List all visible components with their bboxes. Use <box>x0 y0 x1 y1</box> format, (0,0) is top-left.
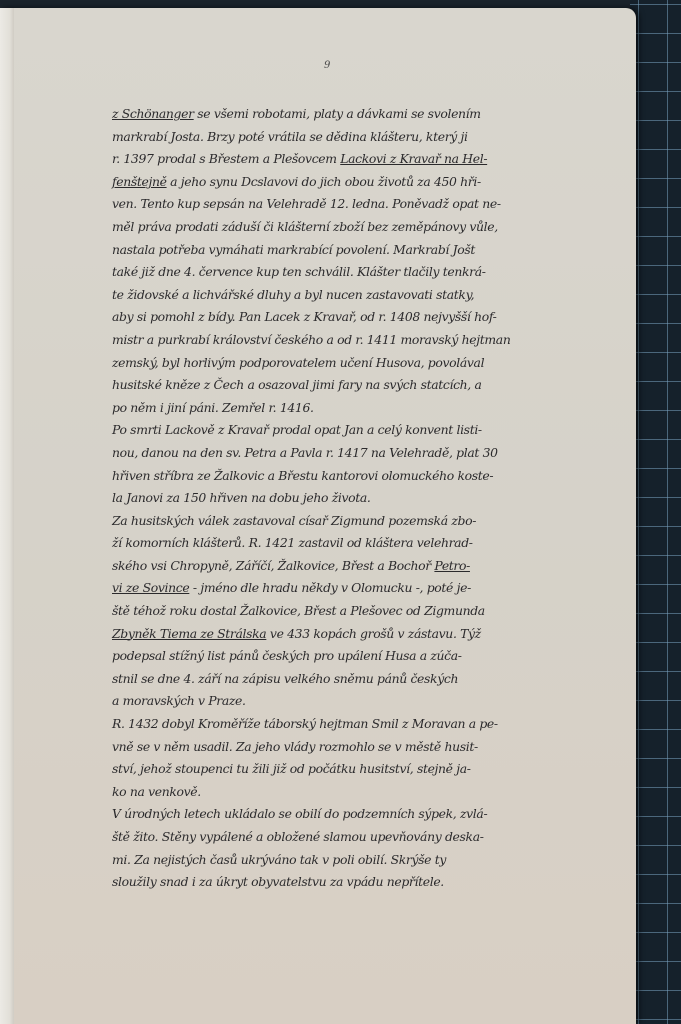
text-line: V úrodných letech ukládalo se obilí do p… <box>112 803 634 826</box>
text-segment: husitské kněze z Čech a osazoval jimi fa… <box>112 377 482 392</box>
text-segment: ží komorních klášterů. R. 1421 zastavil … <box>112 535 473 550</box>
underlined-name: fenštejně <box>112 174 167 189</box>
text-segment: zemský, byl horlivým podporovatelem učen… <box>112 355 484 370</box>
text-line: ště žito. Stěny vypálené a obložené slam… <box>112 826 634 849</box>
text-segment: stnil se dne 4. září na zápisu velkého s… <box>112 671 458 686</box>
text-line: měl práva prodati záduší či klášterní zb… <box>112 216 634 239</box>
text-line: ží komorních klášterů. R. 1421 zastavil … <box>112 532 634 555</box>
text-segment: ství, jehož stoupenci tu žili již od poč… <box>112 761 471 776</box>
text-line: hřiven stříbra ze Žalkovic a Břestu kant… <box>112 465 634 488</box>
underlined-name: vi ze Sovince <box>112 580 189 595</box>
text-line: Za husitských válek zastavoval císař Zig… <box>112 510 634 533</box>
text-line: fenštejně a jeho synu Dcslavovi do jich … <box>112 171 634 194</box>
text-line: Zbyněk Tiema ze Strálska ve 433 kopách g… <box>112 623 634 646</box>
underlined-name: Zbyněk Tiema ze Strálska <box>112 626 266 641</box>
text-segment: měl práva prodati záduší či klášterní zb… <box>112 219 498 234</box>
text-segment: Po smrti Lackově z Kravař prodal opat Ja… <box>112 422 482 437</box>
text-segment: nastala potřeba vymáhati markrabící povo… <box>112 242 475 257</box>
text-line: la Janovi za 150 hřiven na dobu jeho živ… <box>112 487 634 510</box>
text-segment: markrabí Josta. Brzy poté vrátila se děd… <box>112 129 468 144</box>
text-line: mistr a purkrabí království českého a od… <box>112 329 634 352</box>
text-segment: hřiven stříbra ze Žalkovic a Břestu kant… <box>112 468 493 483</box>
text-line: vně se v něm usadil. Za jeho vlády rozmo… <box>112 736 634 759</box>
text-line: nou, danou na den sv. Petra a Pavla r. 1… <box>112 442 634 465</box>
text-segment: ského vsi Chropyně, Záříčí, Žalkovice, B… <box>112 558 434 573</box>
text-line: R. 1432 dobyl Kroměříže táborský hejtman… <box>112 713 634 736</box>
text-segment: a jeho synu Dcslavovi do jich obou život… <box>167 174 481 189</box>
text-segment: také již dne 4. července kup ten schváli… <box>112 264 486 279</box>
text-segment: ko na venkově. <box>112 784 201 799</box>
underlined-name: Petro- <box>434 558 470 573</box>
text-line: ko na venkově. <box>112 781 634 804</box>
page-binding-edge <box>0 8 14 1024</box>
text-segment: ve 433 kopách grošů v zástavu. Týž <box>266 626 481 641</box>
text-segment: vně se v něm usadil. Za jeho vlády rozmo… <box>112 739 478 754</box>
text-segment: ště téhož roku dostal Žalkovice, Břest a… <box>112 603 485 618</box>
cutting-mat-background <box>630 0 681 1024</box>
text-segment: nou, danou na den sv. Petra a Pavla r. 1… <box>112 445 498 460</box>
page-number: 9 <box>324 60 330 71</box>
text-line: také již dne 4. července kup ten schváli… <box>112 261 634 284</box>
underlined-name: Lackovi z Kravař na Hel- <box>340 151 487 166</box>
text-segment: la Janovi za 150 hřiven na dobu jeho živ… <box>112 490 371 505</box>
text-line: zemský, byl horlivým podporovatelem učen… <box>112 352 634 375</box>
text-line: vi ze Sovince - jméno dle hradu někdy v … <box>112 577 634 600</box>
text-segment: a moravských v Praze. <box>112 693 246 708</box>
text-line: Po smrti Lackově z Kravař prodal opat Ja… <box>112 419 634 442</box>
handwritten-text-body: z Schönanger se všemi robotami, platy a … <box>112 103 634 894</box>
text-line: po něm i jiní páni. Zemřel r. 1416. <box>112 397 634 420</box>
text-segment: te židovské a lichvářské dluhy a byl nuc… <box>112 287 474 302</box>
text-segment: mistr a purkrabí království českého a od… <box>112 332 510 347</box>
text-line: podepsal stížný list pánů českých pro up… <box>112 645 634 668</box>
text-line: z Schönanger se všemi robotami, platy a … <box>112 103 634 126</box>
text-line: r. 1397 prodal s Břestem a Plešovcem Lac… <box>112 148 634 171</box>
text-segment: V úrodných letech ukládalo se obilí do p… <box>112 806 487 821</box>
text-line: mi. Za nejistých časů ukrýváno tak v pol… <box>112 849 634 872</box>
text-segment: - jméno dle hradu někdy v Olomucku -, po… <box>189 580 471 595</box>
text-segment: r. 1397 prodal s Břestem a Plešovcem <box>112 151 340 166</box>
text-line: ven. Tento kup sepsán na Velehradě 12. l… <box>112 193 634 216</box>
text-line: te židovské a lichvářské dluhy a byl nuc… <box>112 284 634 307</box>
text-line: markrabí Josta. Brzy poté vrátila se děd… <box>112 126 634 149</box>
text-segment: sloužily snad i za úkryt obyvatelstvu za… <box>112 874 444 889</box>
text-line: aby si pomohl z bídy. Pan Lacek z Kravař… <box>112 306 634 329</box>
text-segment: R. 1432 dobyl Kroměříže táborský hejtman… <box>112 716 498 731</box>
text-segment: aby si pomohl z bídy. Pan Lacek z Kravař… <box>112 309 497 324</box>
text-line: a moravských v Praze. <box>112 690 634 713</box>
text-line: stnil se dne 4. září na zápisu velkého s… <box>112 668 634 691</box>
text-segment: Za husitských válek zastavoval císař Zig… <box>112 513 476 528</box>
text-line: husitské kněze z Čech a osazoval jimi fa… <box>112 374 634 397</box>
text-segment: po něm i jiní páni. Zemřel r. 1416. <box>112 400 314 415</box>
text-line: ště téhož roku dostal Žalkovice, Břest a… <box>112 600 634 623</box>
text-segment: podepsal stížný list pánů českých pro up… <box>112 648 462 663</box>
text-line: sloužily snad i za úkryt obyvatelstvu za… <box>112 871 634 894</box>
text-segment: se všemi robotami, platy a dávkami se sv… <box>194 106 481 121</box>
text-segment: ven. Tento kup sepsán na Velehradě 12. l… <box>112 196 501 211</box>
text-line: ského vsi Chropyně, Záříčí, Žalkovice, B… <box>112 555 634 578</box>
text-line: nastala potřeba vymáhati markrabící povo… <box>112 239 634 262</box>
text-line: ství, jehož stoupenci tu žili již od poč… <box>112 758 634 781</box>
underlined-name: z Schönanger <box>112 106 194 121</box>
text-segment: mi. Za nejistých časů ukrýváno tak v pol… <box>112 852 446 867</box>
text-segment: ště žito. Stěny vypálené a obložené slam… <box>112 829 484 844</box>
